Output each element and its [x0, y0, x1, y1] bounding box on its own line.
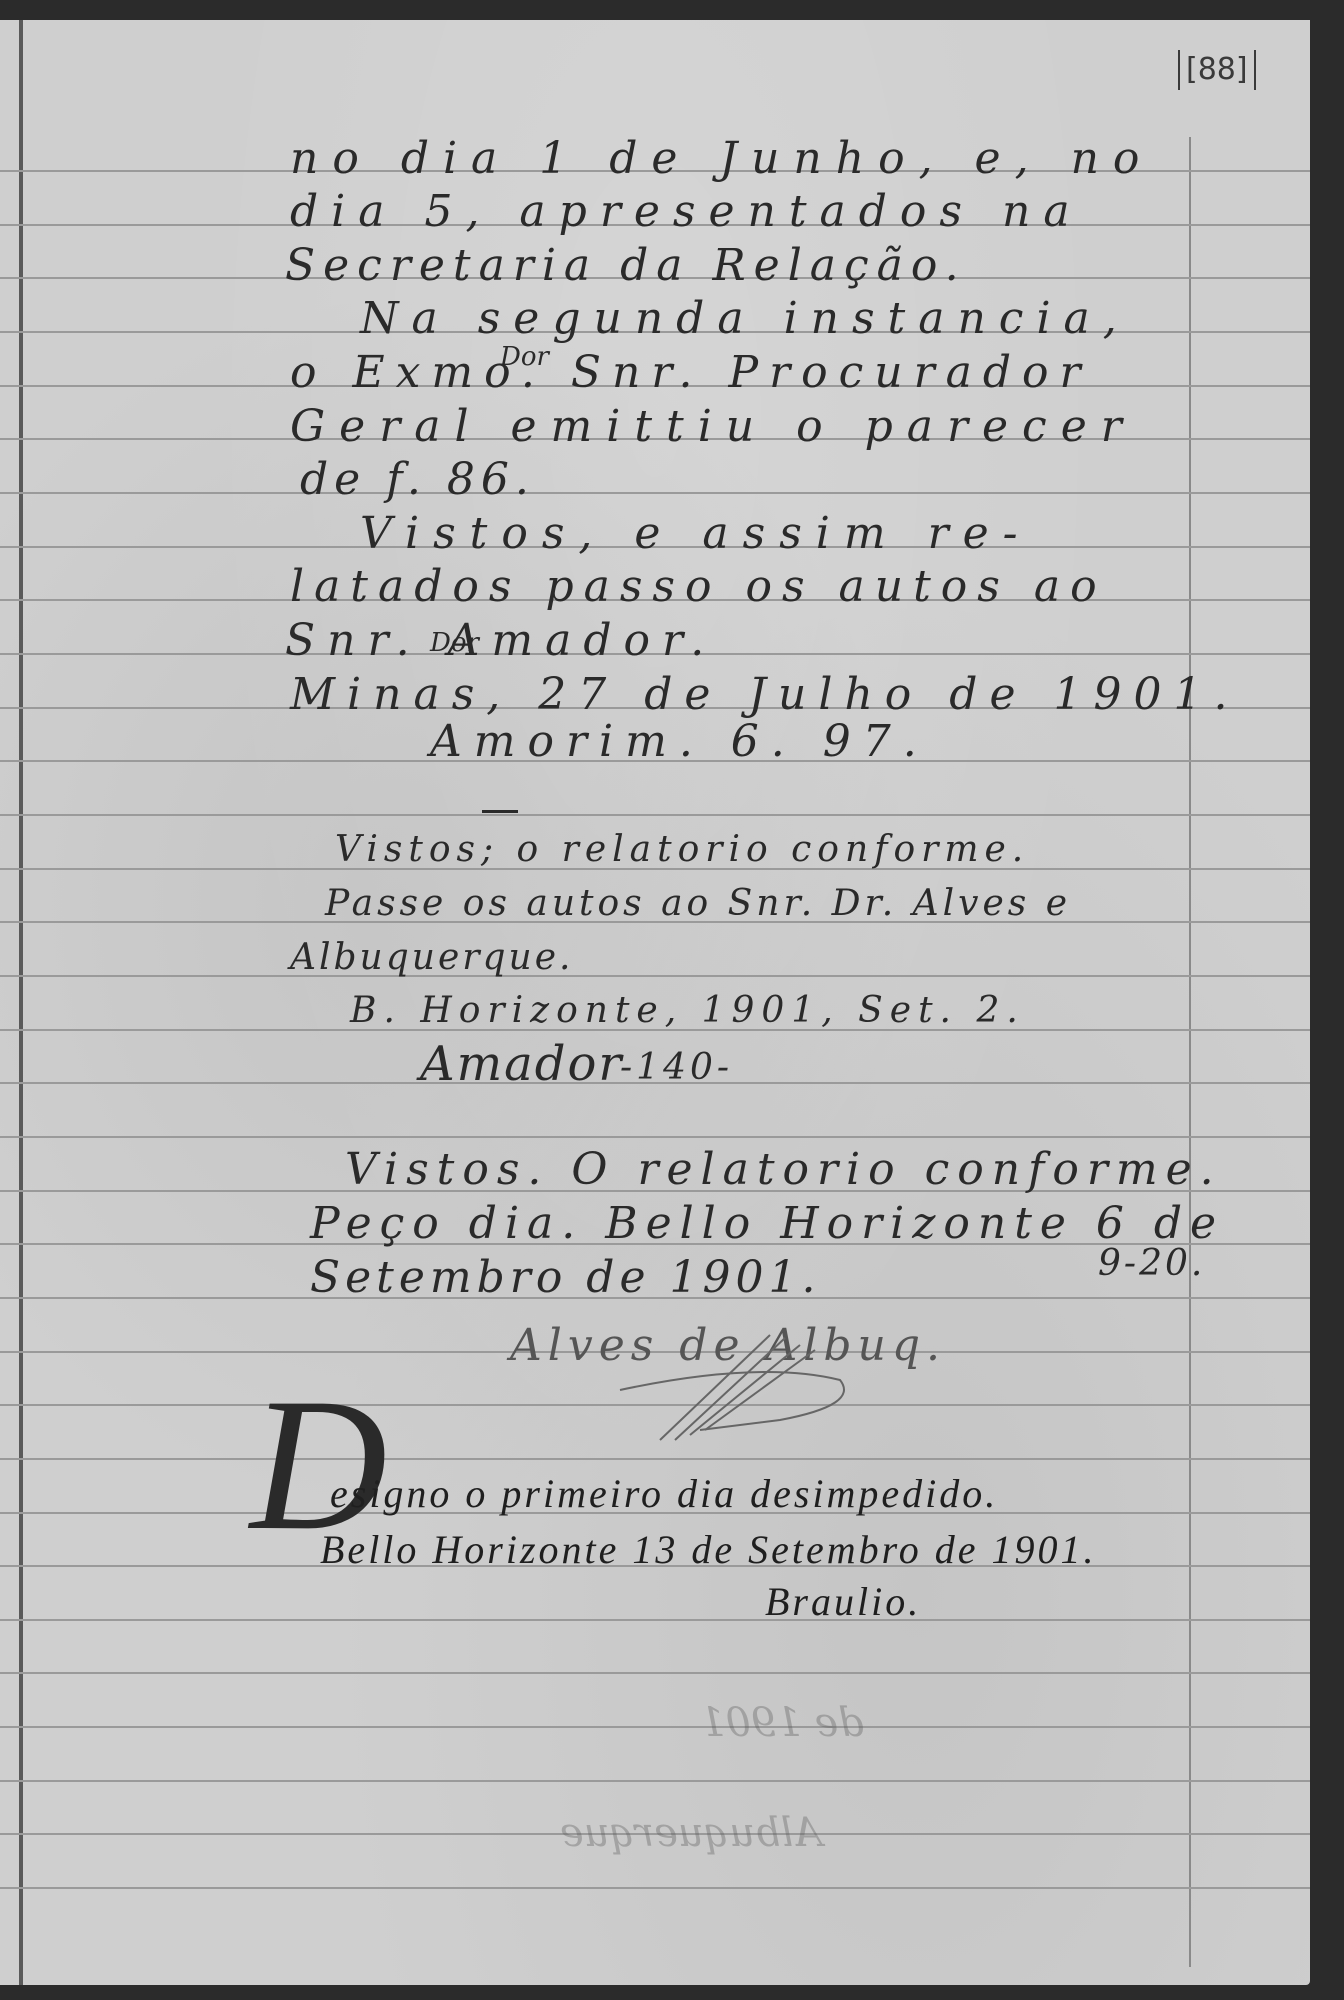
handwritten-line: Minas, 27 de Julho de 1901. — [290, 673, 1239, 717]
handwritten-line: B. Horizonte, 1901, Set. 2. — [350, 993, 1025, 1029]
bleed-through-text: de 1901 — [700, 1700, 864, 1746]
folio-number: [88] — [1178, 50, 1256, 90]
ruled-line — [0, 1619, 1310, 1621]
handwritten-line: Vistos. O relatorio conforme. — [345, 1148, 1222, 1192]
handwritten-line: Geral emittiu o parecer — [290, 405, 1136, 449]
handwritten-line: Na segunda instancia, — [360, 297, 1130, 341]
handwritten-line: de f. 86. — [300, 458, 535, 502]
ruled-line — [0, 1136, 1310, 1138]
signature-braulio: Braulio. — [765, 1580, 921, 1624]
ruled-line — [0, 1780, 1310, 1782]
handwritten-line: Setembro de 1901. — [310, 1256, 820, 1300]
ruled-line — [0, 814, 1310, 816]
ledger-page: [88] Albuquerque de 1901 no dia 1 de Jun… — [0, 20, 1310, 1985]
signature-flourish-icon — [600, 1320, 870, 1450]
bleed-through-text: Albuquerque — [560, 1810, 822, 1856]
ruled-line — [0, 975, 1310, 977]
signature-amorim: Amorim. 6. 97. — [430, 720, 929, 764]
handwritten-line: Bello Horizonte 13 de Setembro de 1901. — [320, 1528, 1097, 1572]
handwritten-line: Secretaria da Relação. — [285, 244, 967, 288]
binding-gutter-line — [19, 20, 23, 1985]
ruled-line — [0, 1458, 1310, 1460]
handwritten-line: Passe os autos ao Snr. Dr. Alves e — [325, 886, 1071, 922]
handwritten-line: dia 5, apresentados na — [290, 190, 1083, 234]
handwritten-line: latados passo os autos ao — [290, 565, 1107, 609]
folio-annotation: -140- — [620, 1050, 733, 1086]
handwritten-line: o Exmo. Snr. Procurador — [290, 351, 1092, 395]
ruled-line — [0, 1887, 1310, 1889]
ruled-line — [0, 1672, 1310, 1674]
handwritten-line: Peço dia. Bello Horizonte 6 de — [310, 1202, 1224, 1246]
right-margin-line — [1189, 137, 1191, 1967]
folio-annotation: 9-20. — [1098, 1246, 1205, 1282]
signature-amador: Amador — [420, 1042, 623, 1086]
handwritten-line: Vistos, e assim re- — [360, 512, 1032, 556]
handwritten-line: no dia 1 de Junho, e, no — [290, 137, 1153, 181]
ruled-line — [0, 492, 1310, 494]
ruled-line — [0, 1726, 1310, 1728]
handwritten-line: esigno o primeiro dia desimpedido. — [330, 1472, 998, 1516]
section-separator — [482, 810, 518, 813]
handwritten-line: Vistos; o relatorio conforme. — [335, 832, 1029, 868]
handwritten-line: Albuquerque. — [290, 940, 573, 976]
handwritten-line: Snr. Amador. — [285, 619, 716, 663]
